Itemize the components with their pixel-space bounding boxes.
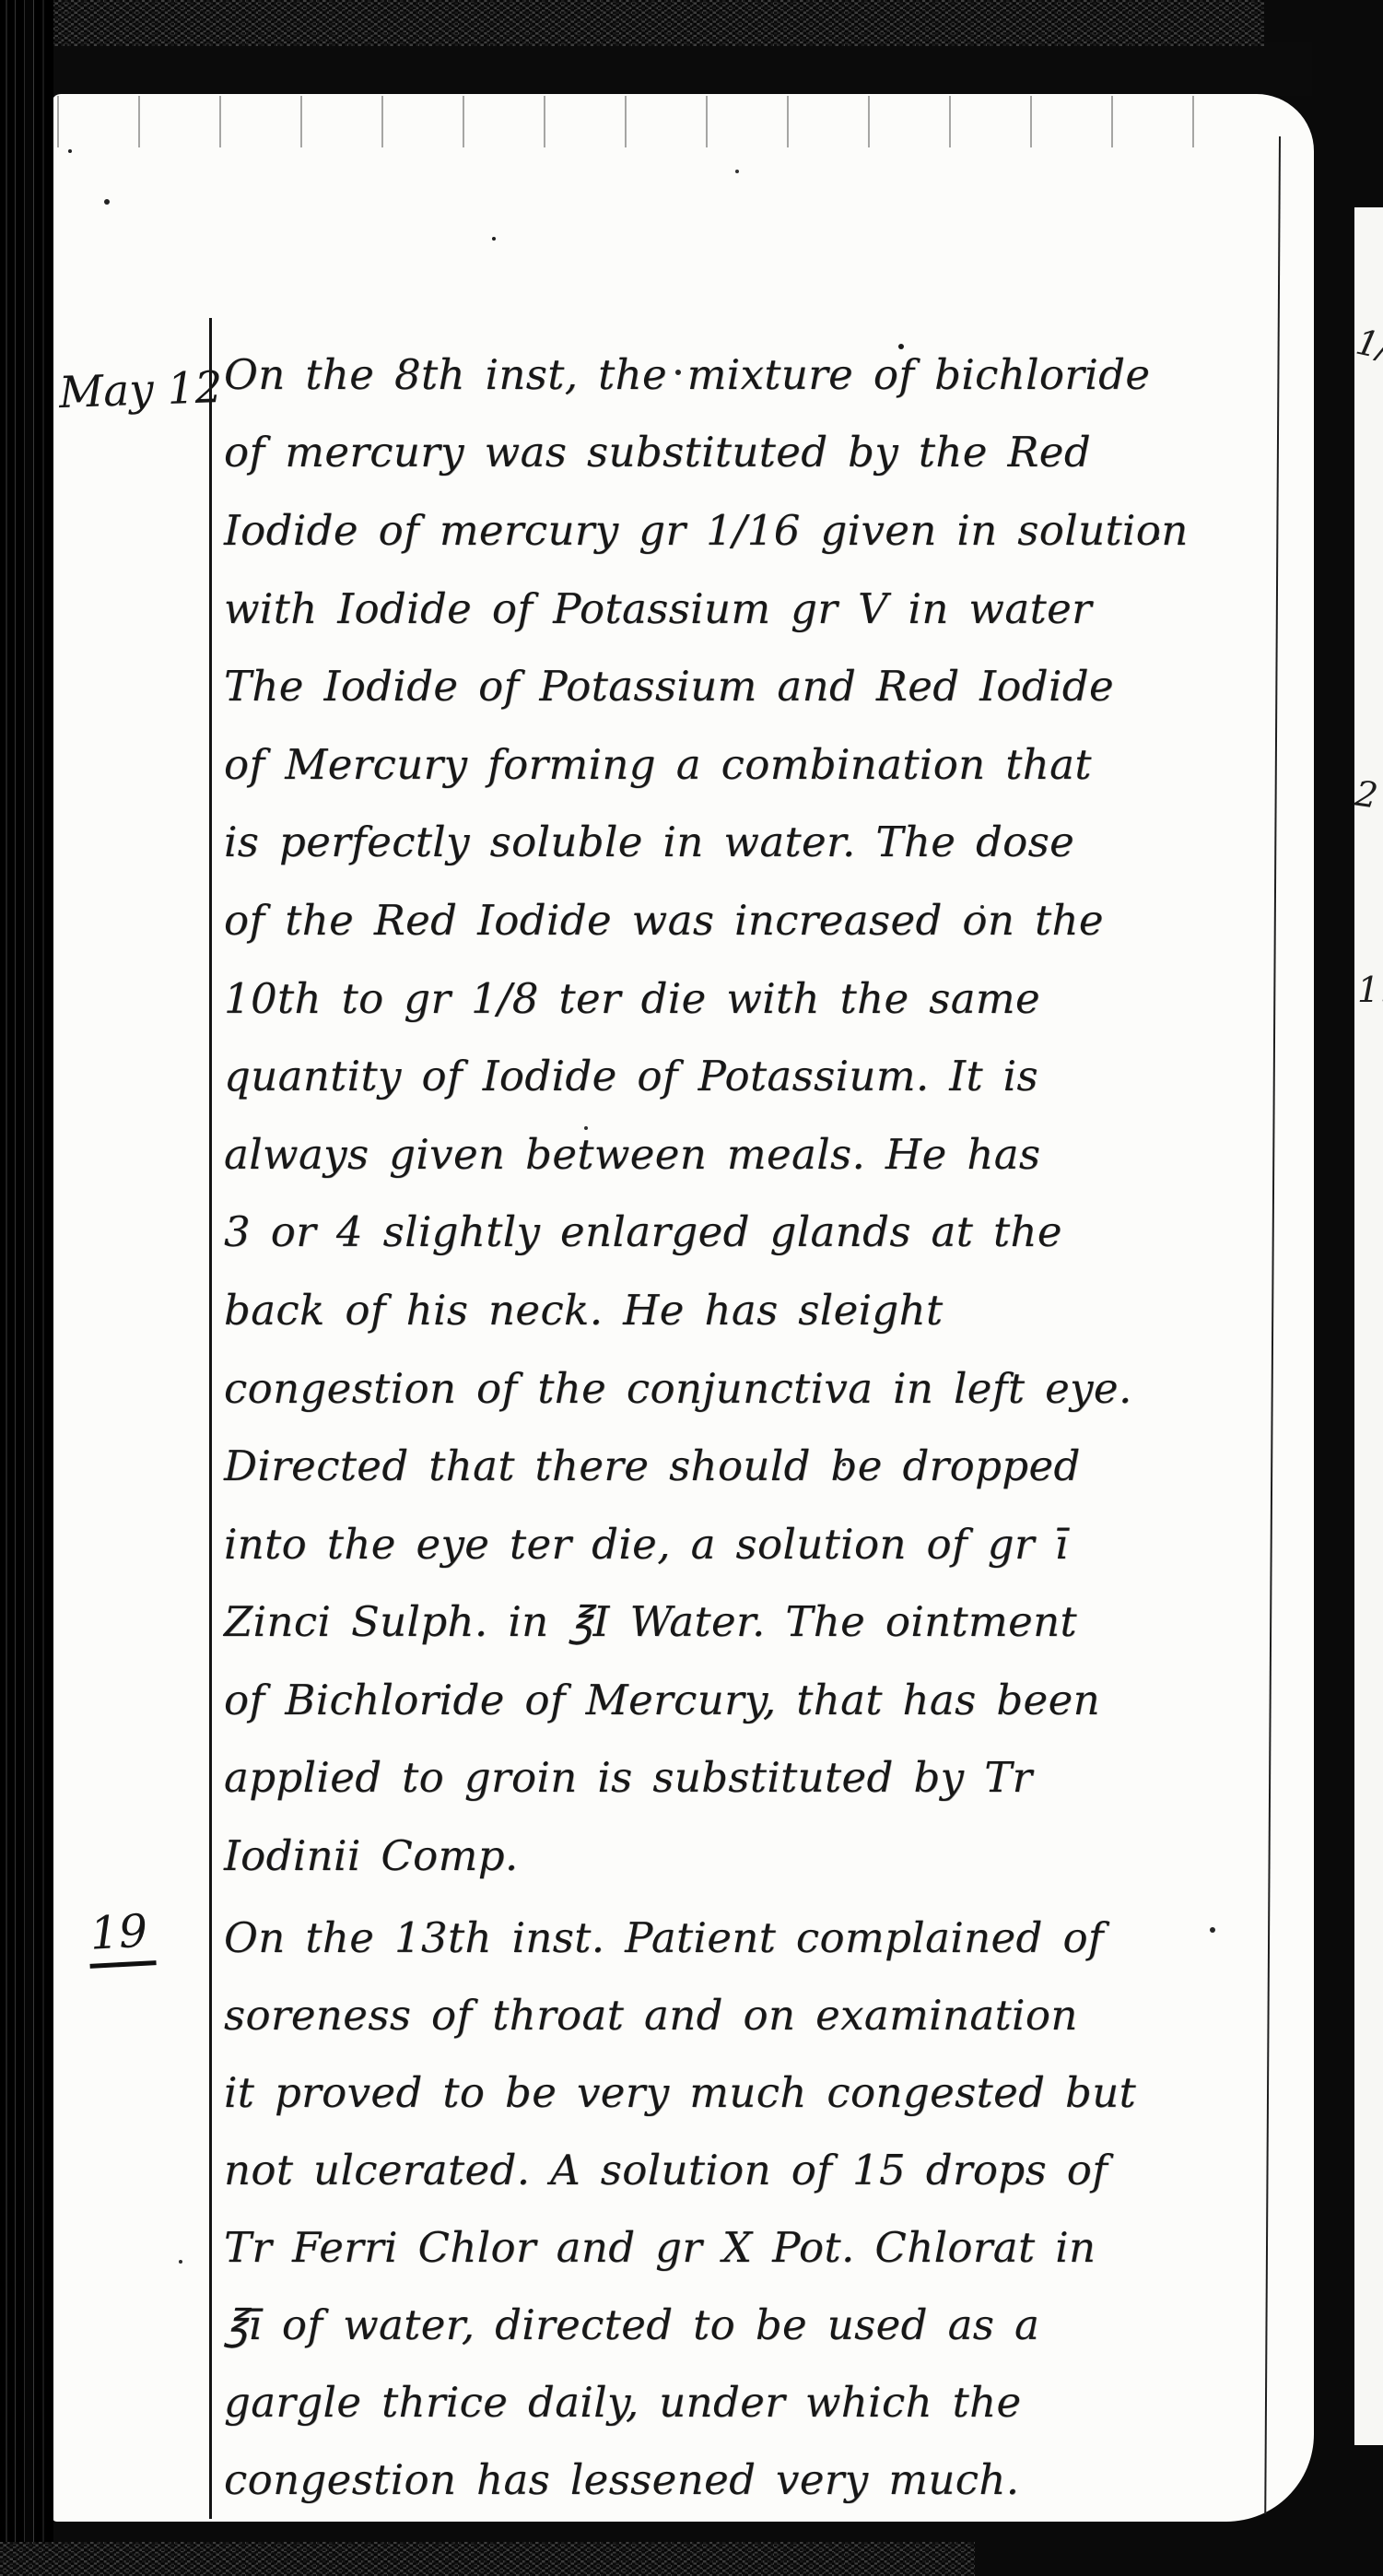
handwriting-line: with Iodide of Potassium gr V in water [224, 570, 1293, 648]
handwriting-line: is perfectly soluble in water. The dose [224, 804, 1293, 882]
handwriting-line: of Bichloride of Mercury, that has been [224, 1661, 1293, 1739]
handwriting-line: not ulcerated. A solution of 15 drops of [224, 2131, 1293, 2208]
handwriting-line: quantity of Iodide of Potassium. It is [224, 1037, 1293, 1115]
handwriting-line: of mercury was substituted by the Red [224, 414, 1293, 492]
facing-page-sliver [1354, 207, 1383, 2445]
entry-text-19: On the 13th inst. Patient complained ofs… [224, 1899, 1293, 2518]
handwriting-line: congestion of the conjunctiva in left ey… [224, 1349, 1293, 1428]
entry-text-may-12: On the 8th inst, the mixture of bichlori… [224, 335, 1293, 1895]
facing-page-fragment: 1. [1357, 970, 1383, 1010]
handwriting-line: ℥ī of water, directed to be used as a [224, 2286, 1293, 2363]
ink-specks [68, 149, 72, 153]
margin-rule-line [209, 318, 212, 2519]
entry-date-19: 19 [87, 1904, 157, 1969]
handwriting-line: On the 8th inst, the mixture of bichlori… [224, 335, 1293, 414]
handwriting-line: Zinci Sulph. in ℥I Water. The ointment [224, 1583, 1293, 1662]
handwriting-line: On the 13th inst. Patient complained of [224, 1899, 1293, 1976]
handwriting-line: Iodide of mercury gr 1/16 given in solut… [224, 491, 1293, 570]
scan-noise-bottom [0, 2542, 975, 2576]
handwriting-line: gargle thrice daily, under which the [224, 2363, 1293, 2441]
handwriting-line: 10th to gr 1/8 ter die with the same [224, 959, 1293, 1038]
handwriting-line: applied to groin is substituted by Tr [224, 1739, 1293, 1817]
handwriting-line: Iodinii Comp. [224, 1817, 1293, 1895]
scanned-ledger-page: May 12 On the 8th inst, the mixture of b… [0, 0, 1383, 2576]
handwriting-line: of Mercury forming a combination that [224, 725, 1293, 804]
handwriting-line: of the Red Iodide was increased on the [224, 881, 1293, 959]
handwriting-line: The Iodide of Potassium and Red Iodide [224, 647, 1293, 725]
handwriting-line: Tr Ferri Chlor and gr X Pot. Chlorat in [224, 2208, 1293, 2286]
handwriting-line: congestion has lessened very much. [224, 2441, 1293, 2518]
handwriting-line: 3 or 4 slightly enlarged glands at the [224, 1194, 1293, 1272]
handwriting-line: soreness of throat and on examination [224, 1976, 1293, 2053]
handwriting-line: Directed that there should be dropped [224, 1427, 1293, 1505]
scan-border-top [0, 42, 1312, 96]
paper: May 12 On the 8th inst, the mixture of b… [52, 94, 1314, 2522]
handwriting-line: into the eye ter die, a solution of gr ī [224, 1505, 1293, 1583]
entry-date-may-12: May 12 [58, 362, 223, 418]
book-left-edge [0, 0, 53, 2576]
handwriting-line: back of his neck. He has sleight [224, 1271, 1293, 1349]
ink-ticks-decoration [57, 96, 1273, 147]
scan-noise-top [0, 0, 1264, 46]
handwriting-line: always given between meals. He has [224, 1115, 1293, 1194]
handwriting-line: it proved to be very much congested but [224, 2053, 1293, 2131]
